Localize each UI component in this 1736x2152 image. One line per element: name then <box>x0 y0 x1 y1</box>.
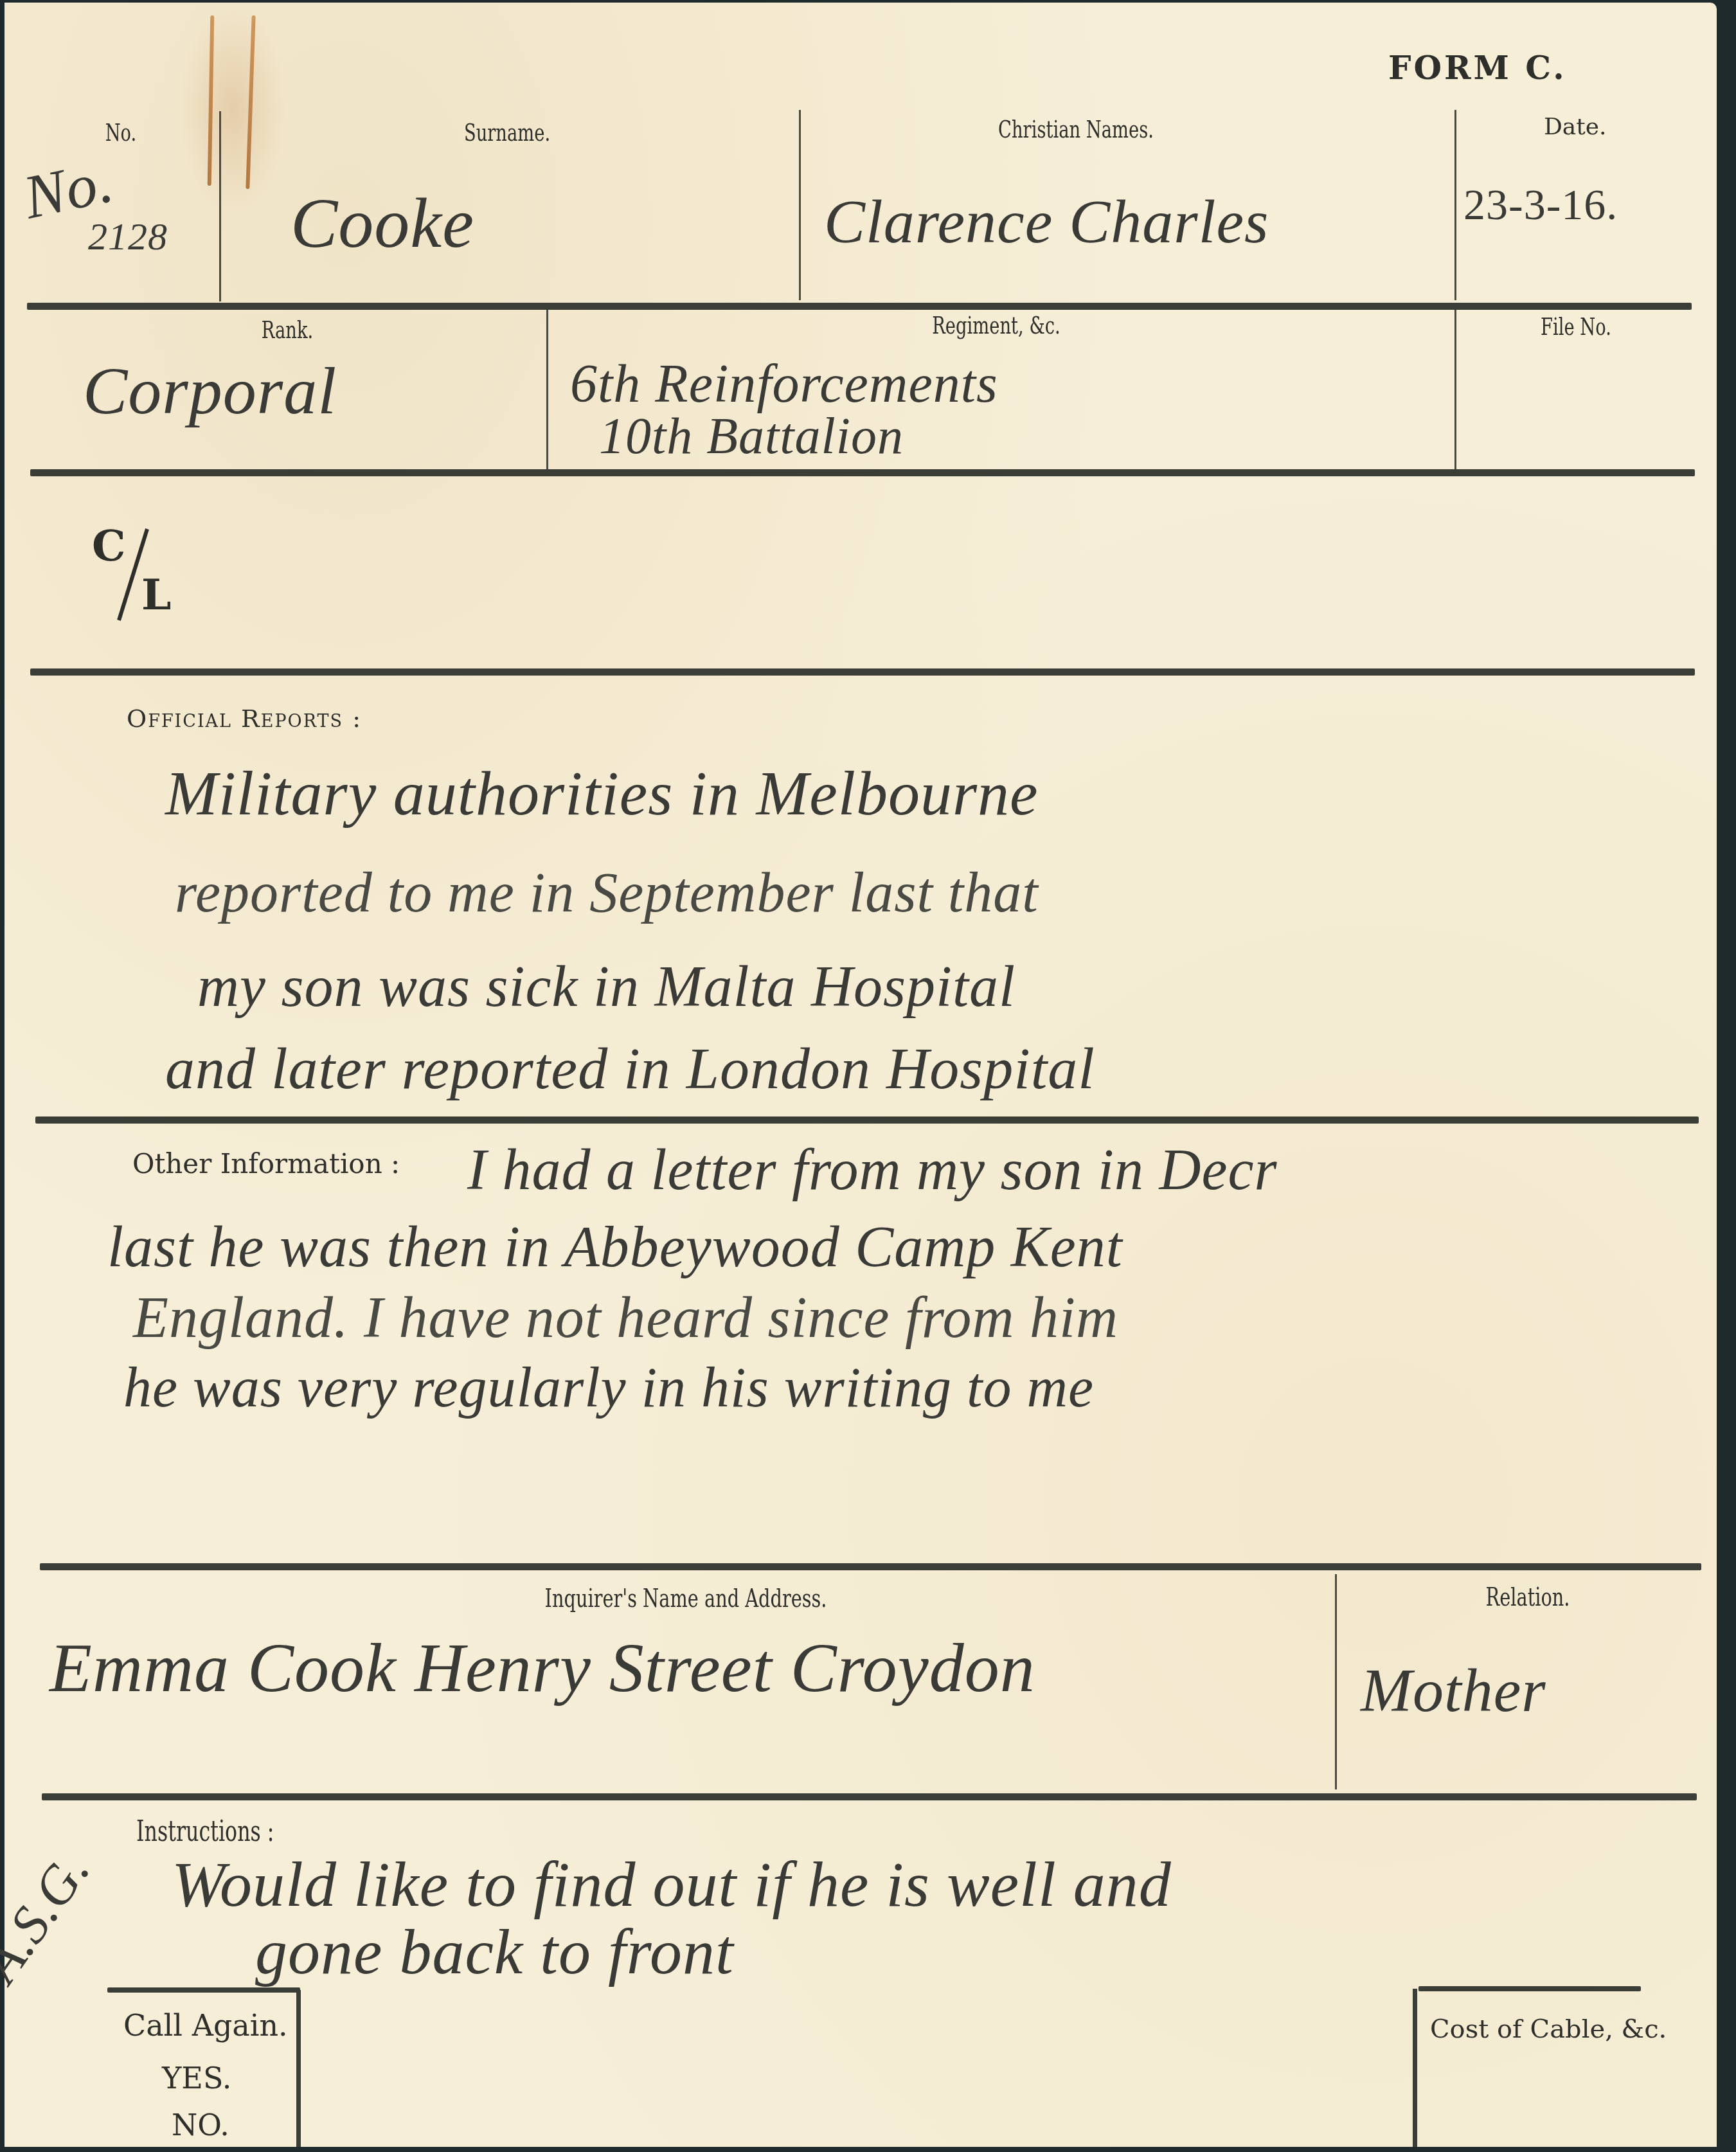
label-call-again: Call Again. <box>123 2008 288 2043</box>
official-report-line: Military authorities in Melbourne <box>165 758 1039 830</box>
section-rule <box>30 668 1695 676</box>
official-report-line: and later reported in London Hospital <box>165 1034 1095 1102</box>
label-rank: Rank. <box>262 316 313 344</box>
value-date: 23-3-16. <box>1463 179 1618 230</box>
form-c-paper: FORM C. No. Surname. Christian Names. Da… <box>4 3 1717 2147</box>
label-regiment: Regiment, &c. <box>932 311 1060 339</box>
label-inquirer-name-address: Inquirer's Name and Address. <box>545 1584 827 1613</box>
box-rule <box>107 1987 300 1993</box>
label-christian-names: Christian Names. <box>998 115 1154 143</box>
section-rule <box>42 1793 1697 1800</box>
other-info-line: I had a letter from my son in Decr <box>467 1137 1277 1203</box>
label-cost-of-cable: Cost of Cable, &c. <box>1430 2014 1667 2044</box>
call-again-yes[interactable]: YES. <box>162 2061 231 2095</box>
value-relation: Mother <box>1361 1654 1546 1726</box>
label-relation: Relation. <box>1486 1583 1570 1612</box>
divider <box>799 110 801 300</box>
divider <box>1454 310 1456 469</box>
stamp-l: L <box>141 569 171 620</box>
instructions-line: Would like to find out if he is well and <box>172 1847 1172 1921</box>
label-no: No. <box>105 118 137 147</box>
section-rule <box>30 469 1695 476</box>
value-regiment-line2: 10th Battalion <box>599 408 904 466</box>
official-report-line: reported to me in September last that <box>175 861 1039 926</box>
section-rule <box>40 1563 1701 1570</box>
other-info-line: last he was then in Abbeywood Camp Kent <box>107 1214 1123 1280</box>
initials: A.S.G. <box>0 1840 103 1993</box>
value-surname: Cooke <box>291 183 474 264</box>
value-rank: Corporal <box>83 353 337 429</box>
divider <box>219 111 221 301</box>
label-other-information: Other Information : <box>132 1148 400 1179</box>
form-title: FORM C. <box>1388 49 1567 87</box>
label-instructions: Instructions : <box>136 1815 274 1848</box>
label-date: Date. <box>1544 114 1607 140</box>
value-christian-names: Clarence Charles <box>824 186 1269 257</box>
box-divider <box>296 1990 301 2147</box>
divider <box>1454 110 1456 300</box>
other-info-line: England. I have not heard since from him <box>133 1285 1118 1351</box>
value-regiment-line1: 6th Reinforcements <box>570 353 998 415</box>
value-inquirer-name-address: Emma Cook Henry Street Croydon <box>49 1629 1035 1708</box>
divider <box>1335 1574 1337 1789</box>
section-rule <box>35 1116 1699 1124</box>
label-file-no: File No. <box>1541 312 1611 341</box>
box-divider <box>1413 1989 1417 2147</box>
value-no: 2128 <box>88 215 168 259</box>
official-report-line: my son was sick in Malta Hospital <box>197 954 1016 1020</box>
section-rule <box>27 303 1692 310</box>
call-again-no[interactable]: NO. <box>172 2108 229 2142</box>
label-official-reports: Official Reports : <box>127 704 362 733</box>
divider <box>546 310 548 469</box>
label-surname: Surname. <box>464 118 550 147</box>
instructions-line: gone back to front <box>255 1915 734 1989</box>
rust-stain <box>178 3 287 215</box>
box-rule <box>1418 1986 1641 1991</box>
other-info-line: he was very regularly in his writing to … <box>123 1356 1094 1421</box>
